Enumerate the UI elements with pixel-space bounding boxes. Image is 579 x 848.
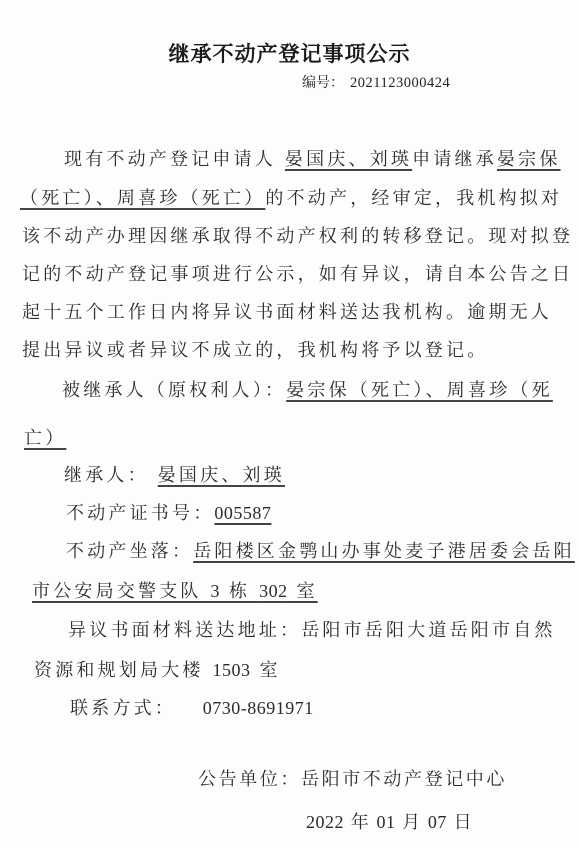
paragraph-line-5: 起十五个工作日内将异议书面材料送达我机构。逾期无人 — [22, 298, 552, 324]
contact-label: 联系方式： — [70, 698, 176, 719]
document-number-value: 2021123000424 — [350, 75, 450, 91]
text: 室 — [288, 581, 318, 602]
location-label: 不动产坐落： — [66, 541, 193, 562]
text: 现有不动产登记申请人 — [64, 149, 285, 170]
document-title: 继承不动产登记事项公示 — [0, 38, 579, 68]
applicants: 晏国庆、刘瑛 — [285, 149, 412, 170]
location-field-cont: 市公安局交警支队 3 栋 302 室 — [32, 577, 318, 603]
paragraph-line-2: （死亡）、周喜珍（死亡）的不动产，经审定，我机构拟对 — [20, 184, 562, 210]
certificate-field: 不动产证书号：005587 — [66, 499, 271, 525]
heirs-label: 继承人： — [64, 465, 149, 486]
text: 年 — [344, 812, 376, 833]
paragraph-line-1: 现有不动产登记申请人 晏国庆、刘瑛申请继承晏宗保 — [64, 145, 561, 171]
building-number: 3 — [211, 581, 221, 601]
date-year: 2022 — [306, 812, 344, 832]
publish-date: 2022 年 01 月 07 日 — [306, 808, 473, 834]
text: 月 — [395, 812, 427, 833]
room-number: 1503 — [213, 660, 251, 680]
issuer-field: 公告单位：岳阳市不动产登记中心 — [198, 765, 507, 791]
certificate-label: 不动产证书号： — [66, 503, 214, 524]
heirs-value: 晏国庆、刘瑛 — [158, 465, 285, 486]
objection-address-value: 岳阳市岳阳大道岳阳市自然 — [301, 620, 555, 641]
text: 市公安局交警支队 — [32, 581, 211, 602]
issuer-label: 公告单位： — [198, 769, 301, 790]
decedent: 晏宗保 — [497, 149, 561, 170]
heirs-field: 继承人： 晏国庆、刘瑛 — [64, 461, 285, 487]
contact-field: 联系方式： 0730-8691971 — [70, 694, 314, 720]
certificate-value: 005587 — [214, 503, 271, 523]
decedents-field-cont: 亡） — [24, 424, 66, 450]
document-number-label: 编号： — [302, 75, 344, 91]
paragraph-line-6: 提出异议或者异议不成立的，我机构将予以登记。 — [22, 336, 488, 362]
text: 资源和规划局大楼 — [34, 660, 213, 681]
paragraph-line-4: 记的不动产登记事项进行公示，如有异议，请自本公告之日 — [22, 260, 573, 286]
location-value: 岳阳楼区金鹗山办事处麦子港居委会岳阳 — [193, 541, 575, 562]
objection-address-label: 异议书面材料送达地址： — [68, 620, 301, 641]
decedents-value: 晏宗保（死亡）、周喜珍（死 — [286, 380, 553, 401]
text: 栋 — [220, 581, 259, 602]
decedents-value-cont: 亡） — [24, 428, 66, 449]
issuer-value: 岳阳市不动产登记中心 — [301, 769, 507, 790]
objection-address-field: 异议书面材料送达地址：岳阳市岳阳大道岳阳市自然 — [68, 616, 556, 642]
text: 室 — [251, 660, 281, 681]
paragraph-line-3: 该不动产办理因继承取得不动产权利的转移登记。现对拟登 — [22, 222, 573, 248]
decedents-label: 被继承人（原权利人）： — [62, 380, 286, 401]
decedent-cont: （死亡）、周喜珍（死亡） — [20, 188, 265, 209]
document-number: 编号：2021123000424 — [302, 72, 450, 92]
decedents-field: 被继承人（原权利人）：晏宗保（死亡）、周喜珍（死 — [62, 376, 553, 402]
text: 的不动产，经审定，我机构拟对 — [265, 188, 562, 209]
contact-value: 0730-8691971 — [203, 698, 314, 718]
objection-address-cont: 资源和规划局大楼 1503 室 — [34, 656, 281, 682]
location-field: 不动产坐落：岳阳楼区金鹗山办事处麦子港居委会岳阳 — [66, 537, 575, 563]
date-day: 07 — [428, 812, 447, 832]
room-number: 302 — [259, 581, 288, 601]
text: 申请继承 — [412, 149, 497, 170]
location-value-cont: 市公安局交警支队 3 栋 302 室 — [32, 581, 318, 602]
date-month: 01 — [376, 812, 395, 832]
text: 日 — [447, 812, 473, 833]
